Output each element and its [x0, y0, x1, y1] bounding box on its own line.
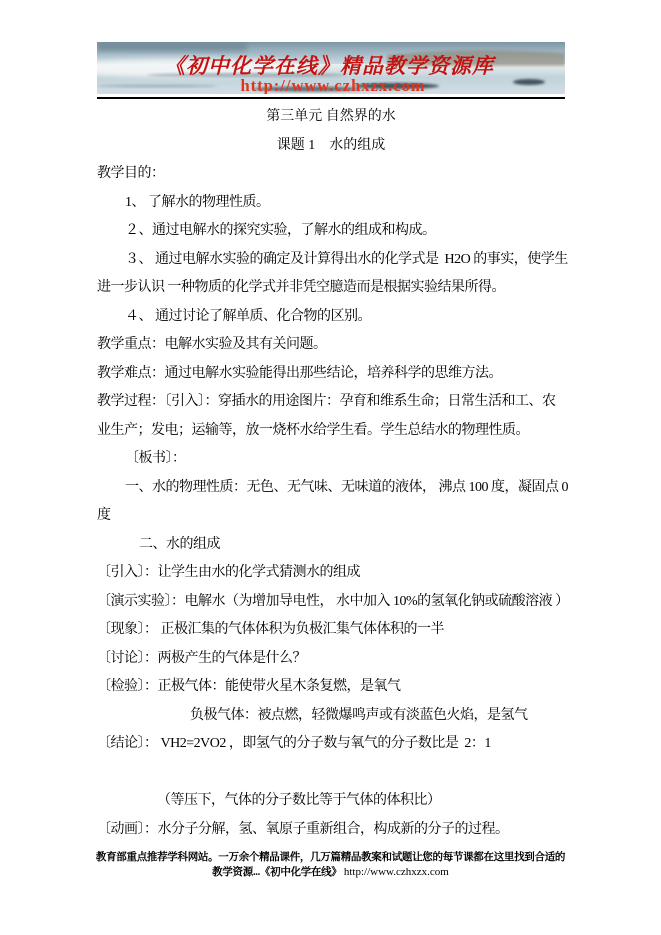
water-composition: 二、水的组成 — [97, 531, 565, 560]
goal-3: ３、 通过电解水实验的确定及计算得出水的化学式是 H2O 的事实，使学生 — [97, 246, 565, 275]
demo-experiment: 〔演示实验〕：电解水（为增加导电性， 水中加入 10%的氢氧化钠或硫酸溶液 ） — [97, 588, 565, 617]
footer-line2: 教学资源...《初中化学在线》 http://www.czhxzx.com — [80, 865, 581, 880]
document-body: 第三单元 自然界的水课题 1 水的组成教学目的：1、 了解水的物理性质。２、通过… — [97, 103, 565, 844]
lead-in: 〔引入〕：让学生由水的化学式猜测水的组成 — [97, 559, 565, 588]
board-writing: 〔板书〕： — [97, 445, 565, 474]
difficult-point: 教学难点：通过电解水实验能得出那些结论，培养科学的思维方法。 — [97, 360, 565, 389]
blank-line — [97, 759, 565, 788]
goal-1: 1、 了解水的物理性质。 — [97, 189, 565, 218]
test-negative: 负极气体：被点燃，轻微爆鸣声或有淡蓝色火焰，是氢气 — [97, 702, 565, 731]
footer-line1: 教育部重点推荐学科网站。一万余个精品课件，几万篇精品教案和试题让您的每节课都在这… — [80, 851, 581, 865]
discussion: 〔讨论〕：两极产生的气体是什么？ — [97, 645, 565, 674]
banner-artwork: 《初中化学在线》精品教学资源库 http://www.czhxzx.com — [97, 42, 565, 94]
physical-properties-cont: 度 — [97, 502, 565, 531]
goal-2: ２、通过电解水的探究实验，了解水的组成和构成。 — [97, 217, 565, 246]
conclusion: 〔结论〕： VH2=2VO2 ，即氢气的分子数与氧气的分子数比是 2：1 — [97, 730, 565, 759]
footer-site-url: http://www.czhxzx.com — [344, 866, 449, 878]
goal-3-cont: 进一步认识 一种物质的化学式并非凭空臆造而是根据实验结果所得。 — [97, 274, 565, 303]
header-divider — [97, 97, 565, 99]
banner-title: 《初中化学在线》精品教学资源库 — [164, 54, 497, 78]
note-equal-pressure: （等压下，气体的分子数比等于气体的体积比） — [97, 787, 565, 816]
process-intro-cont: 业生产；发电；运输等，放一烧杯水给学生看。学生总结水的物理性质。 — [97, 417, 565, 446]
document-page: 《初中化学在线》精品教学资源库 http://www.czhxzx.com 第三… — [0, 0, 661, 935]
footer-line2-text: 教学资源...《初中化学在线》 — [212, 867, 341, 878]
section-goals: 教学目的： — [97, 160, 565, 189]
test-positive: 〔检验〕：正极气体：能使带火星木条复燃，是氧气 — [97, 673, 565, 702]
goal-4: ４、 通过讨论了解单质、化合物的区别。 — [97, 303, 565, 332]
physical-properties: 一、水的物理性质：无色、无气味、无味道的液体， 沸点 100 度，凝固点 0 — [97, 474, 565, 503]
page-footer: 教育部重点推荐学科网站。一万余个精品课件，几万篇精品教案和试题让您的每节课都在这… — [80, 851, 581, 880]
lesson-title: 课题 1 水的组成 — [97, 132, 565, 161]
process-intro: 教学过程：〔引入〕：穿插水的用途图片：孕育和维系生命；日常生活和工、农 — [97, 388, 565, 417]
key-point: 教学重点：电解水实验及其有关问题。 — [97, 331, 565, 360]
banner-url: http://www.czhxzx.com — [240, 76, 425, 94]
site-banner-image: 《初中化学在线》精品教学资源库 http://www.czhxzx.com — [97, 42, 565, 94]
phenomenon: 〔现象〕： 正极汇集的气体体积为负极汇集气体体积的一半 — [97, 616, 565, 645]
unit-title: 第三单元 自然界的水 — [97, 103, 565, 132]
animation: 〔动画〕：水分子分解，氢、氧原子重新组合，构成新的分子的过程。 — [97, 816, 565, 845]
